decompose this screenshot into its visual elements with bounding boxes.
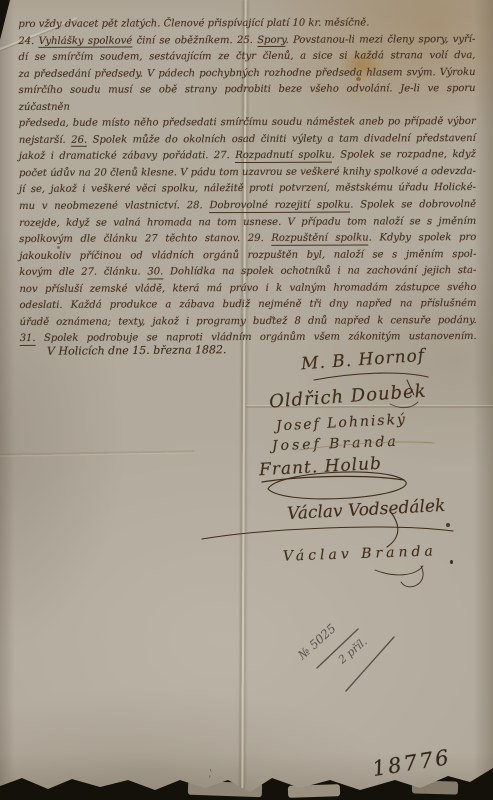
manuscript-line: za předsedání předsedy. V pádech pochybn…	[18, 65, 475, 84]
manuscript-line: jí se, jakož i veškeré věci spolku, nále…	[19, 180, 476, 199]
ink-speck	[446, 523, 450, 527]
manuscript-line: 24. Vyhlášky spolkové činí se oběžníkem.…	[18, 32, 475, 51]
archive-number: 18776	[371, 745, 453, 781]
manuscript-line: dí se smírčím soudem, sestávajícím ze čt…	[18, 48, 475, 67]
signature-lohnisky: Josef Lohniský	[276, 412, 408, 435]
manuscript-body: pro vždy dvacet pět zlatých. Členové při…	[18, 15, 476, 348]
signature-hornof: M. B. Hornof	[300, 346, 425, 375]
manuscript-line: předseda, bude místo něho předsedati smí…	[19, 114, 476, 133]
manuscript-line: jakoukoliv příčinou od vládních orgánů r…	[19, 247, 476, 266]
manuscript-line: mu v neobmezené vlastnictví. 28. Dobrovo…	[19, 197, 476, 216]
ink-speck	[450, 560, 453, 564]
scanned-document: pro vždy dvacet pět zlatých. Členové při…	[0, 0, 493, 800]
manuscript-line: počet údův na 20 členů klesne. V pádu to…	[19, 164, 476, 183]
manuscript-line: nejstarší. 26. Spolek může do okolních o…	[19, 131, 476, 150]
manuscript-line: jakož i dramatické zábavy pořádati. 27. …	[19, 147, 476, 166]
fold-crease-horizontal	[0, 450, 194, 455]
pencil-note-attachments: 2 příl.	[336, 635, 370, 666]
signature-holub: Frant. Holub	[259, 454, 383, 480]
signature-doubek: Oldřich Doubek	[268, 381, 427, 413]
pencil-note-number: № 5025	[295, 621, 338, 662]
manuscript-line: pro vždy dvacet pět zlatých. Členové při…	[18, 15, 475, 34]
manuscript-line: kovým dle 27. článku. 30. Dohlídka na sp…	[19, 263, 476, 282]
signature-branda-josef: Josef Branda	[272, 434, 399, 454]
manuscript-line: odeslati. Každá produkce a zábava budiž …	[20, 296, 477, 315]
manuscript-line: nov přísluší zemské vládě, která má práv…	[19, 280, 476, 299]
manuscript-line: spolkovým dle článku 27 těchto stanov. 2…	[19, 230, 476, 249]
manuscript-line: úřadě oznámena; texty, jakož i programy …	[20, 313, 477, 332]
manuscript-page: pro vždy dvacet pět zlatých. Členové při…	[0, 0, 493, 800]
signature-branda-vaclav: Václav Branda	[283, 543, 437, 564]
manuscript-line: rozejde, když se valná hromada na tom us…	[19, 214, 476, 233]
manuscript-line: smírčího soudu musí se obě strany podrob…	[19, 81, 476, 116]
signature-vodsedalek: Václav Vodsedálek	[287, 496, 446, 524]
date-line: V Holicích dne 15. března 1882.	[47, 343, 227, 358]
pencil-tick-mark: ,'	[206, 768, 214, 779]
